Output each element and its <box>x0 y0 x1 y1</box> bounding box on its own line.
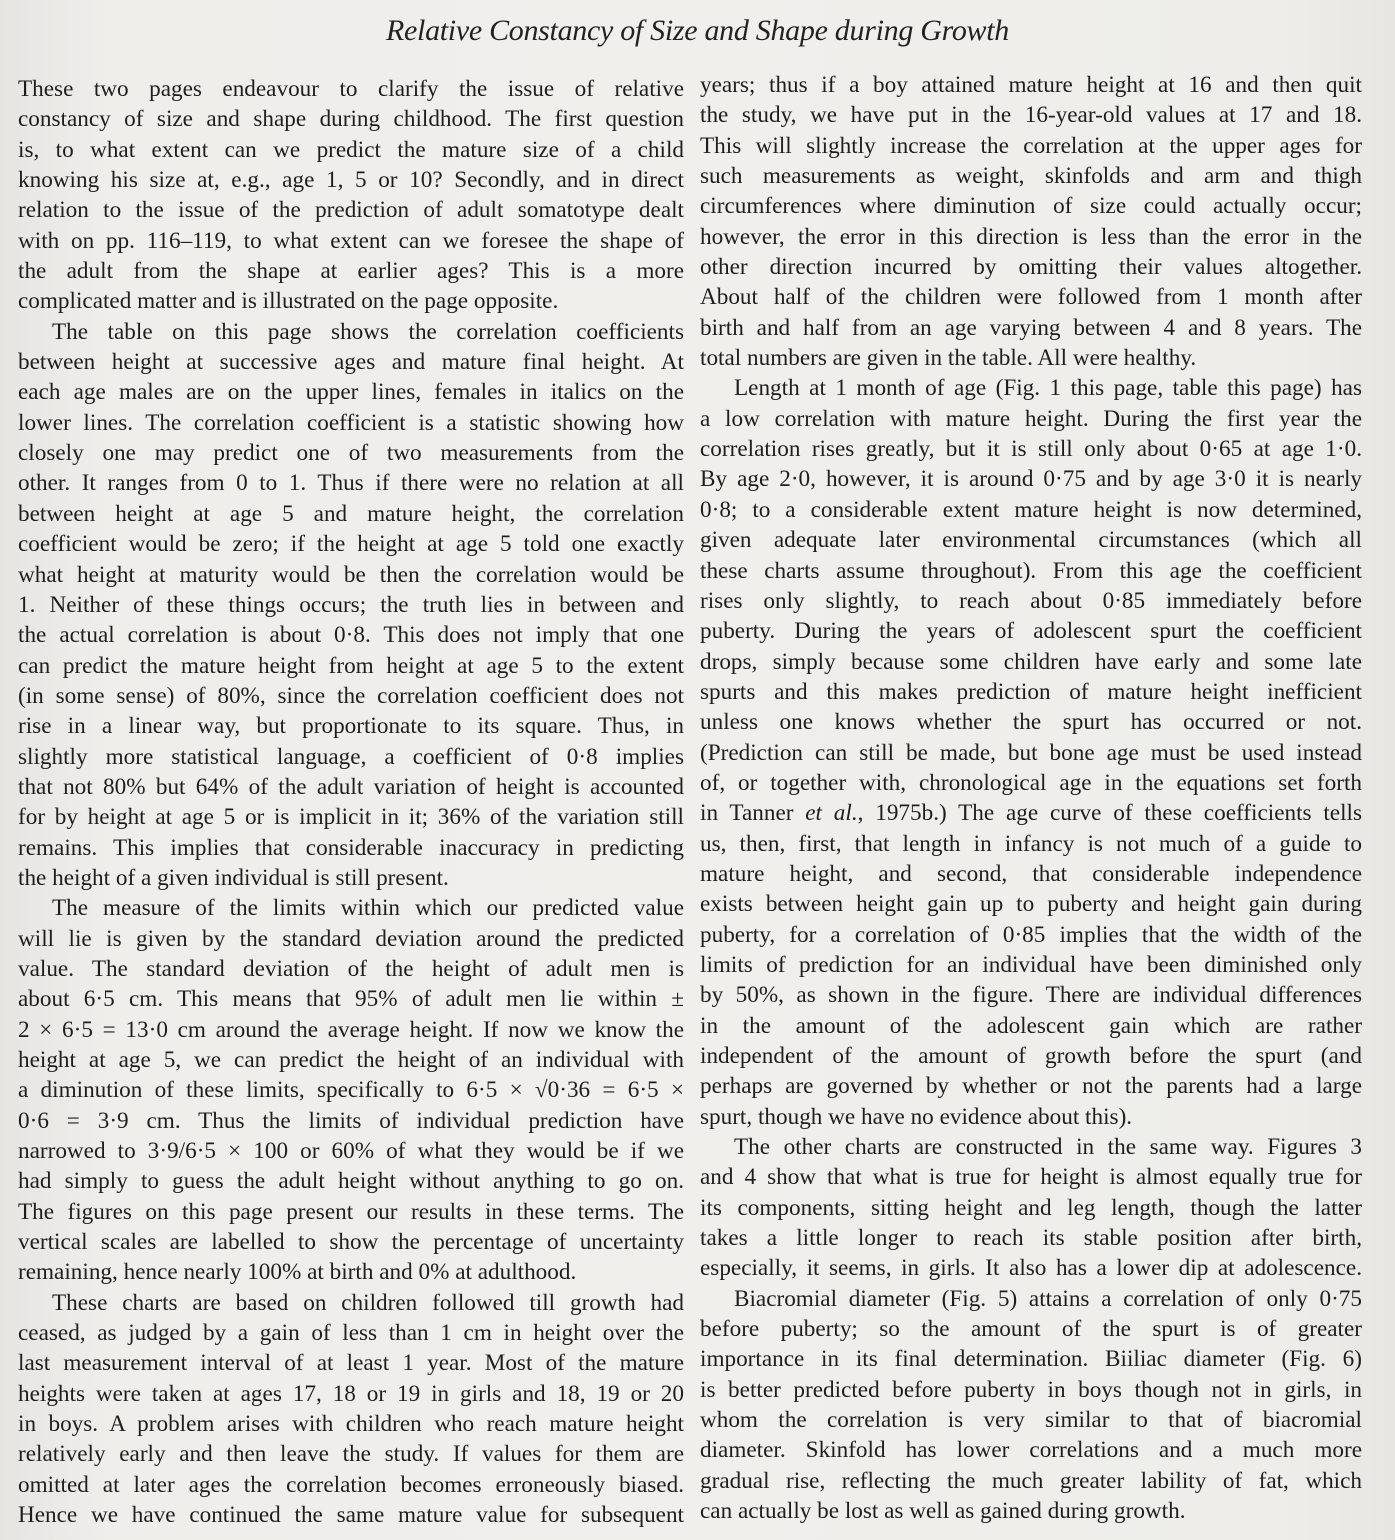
text-line: given adequate later environmental circu… <box>700 525 1362 555</box>
text-line: remains. This implies that considerable … <box>18 833 684 863</box>
text-line: drops, simply because some children have… <box>700 647 1362 677</box>
text-line: By age 2·0, however, it is around 0·75 a… <box>700 464 1362 494</box>
text-line: 2 × 6·5 = 13·0 cm around the average hei… <box>18 1015 684 1045</box>
text-line: last measurement interval of at least 1 … <box>18 1348 684 1378</box>
text-line: remaining, hence nearly 100% at birth an… <box>18 1257 684 1287</box>
text-line: limits of prediction for an individual h… <box>700 950 1362 980</box>
text-line: The figures on this page present our res… <box>18 1197 684 1227</box>
text-line: is, to what extent can we predict the ma… <box>18 135 684 165</box>
text-line: importance in its final determination. B… <box>700 1344 1362 1374</box>
text-line: Hence we have continued the same mature … <box>18 1500 684 1530</box>
text-line: The table on this page shows the correla… <box>18 317 684 347</box>
text-line: its components, sitting height and leg l… <box>700 1193 1362 1223</box>
text-line: About half of the children were followed… <box>700 282 1362 312</box>
text-line: can predict the mature height from heigh… <box>18 651 684 681</box>
text-line: can actually be lost as well as gained d… <box>700 1496 1362 1526</box>
text-line: will lie is given by the standard deviat… <box>18 924 684 954</box>
text-line: the actual correlation is about 0·8. Thi… <box>18 620 684 650</box>
italic-citation: et al. <box>805 800 857 826</box>
text-line: a low correlation with mature height. Du… <box>700 404 1362 434</box>
text-line: especially, it seems, in girls. It also … <box>700 1253 1362 1283</box>
text-line: puberty, for a correlation of 0·85 impli… <box>700 920 1362 950</box>
text-line: before puberty; so the amount of the spu… <box>700 1314 1362 1344</box>
text-line: coefficient would be zero; if the height… <box>18 529 684 559</box>
text-line: spurt, though we have no evidence about … <box>700 1102 1362 1132</box>
text-line: complicated matter and is illustrated on… <box>18 286 684 316</box>
text-line: (Prediction can still be made, but bone … <box>700 738 1362 768</box>
text-line: constancy of size and shape during child… <box>18 104 684 134</box>
text-line: for by height at age 5 or is implicit in… <box>18 802 684 832</box>
text-line: The other charts are constructed in the … <box>700 1132 1362 1162</box>
text-line: These two pages endeavour to clarify the… <box>18 74 684 104</box>
text-line: spurts and this makes prediction of matu… <box>700 677 1362 707</box>
text-line: Biacromial diameter (Fig. 5) attains a c… <box>700 1284 1362 1314</box>
text-line: had simply to guess the adult height wit… <box>18 1166 684 1196</box>
text-line: slightly more statistical language, a co… <box>18 742 684 772</box>
text-line: height at age 5, we can predict the heig… <box>18 1045 684 1075</box>
text-line: what height at maturity would be then th… <box>18 560 684 590</box>
text-line: such measurements as weight, skinfolds a… <box>700 161 1362 191</box>
text-line: (in some sense) of 80%, since the correl… <box>18 681 684 711</box>
text-line: a diminution of these limits, specifical… <box>18 1075 684 1105</box>
text-line: mature height, and second, that consider… <box>700 859 1362 889</box>
text-line: diameter. Skinfold has lower correlation… <box>700 1435 1362 1465</box>
text-line: 0·6 = 3·9 cm. Thus the limits of individ… <box>18 1106 684 1136</box>
text-line: independent of the amount of growth befo… <box>700 1041 1362 1071</box>
text-line: unless one knows whether the spurt has o… <box>700 707 1362 737</box>
text-line: between height at successive ages and ma… <box>18 347 684 377</box>
text-line: other direction incurred by omitting the… <box>700 252 1362 282</box>
text-line: omitted at later ages the correlation be… <box>18 1470 684 1500</box>
text-line: relation to the issue of the prediction … <box>18 195 684 225</box>
text-line: heights were taken at ages 17, 18 or 19 … <box>18 1379 684 1409</box>
text-line: in Tanner et al., 1975b.) The age curve … <box>700 798 1362 828</box>
text-line: that not 80% but 64% of the adult variat… <box>18 772 684 802</box>
text-line: These charts are based on children follo… <box>18 1288 684 1318</box>
text-line: about 6·5 cm. This means that 95% of adu… <box>18 984 684 1014</box>
text-line: the study, we have put in the 16-year-ol… <box>700 100 1362 130</box>
text-line: perhaps are governed by whether or not t… <box>700 1071 1362 1101</box>
text-line: of, or together with, chronological age … <box>700 768 1362 798</box>
text-line: however, the error in this direction is … <box>700 222 1362 252</box>
text-line: in boys. A problem arises with children … <box>18 1409 684 1439</box>
text-line: birth and half from an age varying betwe… <box>700 313 1362 343</box>
text-line: and 4 show that what is true for height … <box>700 1162 1362 1192</box>
text-line: whom the correlation is very similar to … <box>700 1405 1362 1435</box>
text-line: by 50%, as shown in the figure. There ar… <box>700 980 1362 1010</box>
text-line: closely one may predict one of two measu… <box>18 438 684 468</box>
text-line: circumferences where diminution of size … <box>700 191 1362 221</box>
text-line: Length at 1 month of age (Fig. 1 this pa… <box>700 373 1362 403</box>
text-line: gradual rise, reflecting the much greate… <box>700 1466 1362 1496</box>
text-line: relatively early and then leave the stud… <box>18 1439 684 1469</box>
right-text-column: years; thus if a boy attained mature hei… <box>700 70 1362 1527</box>
text-line: the adult from the shape at earlier ages… <box>18 256 684 286</box>
page-title: Relative Constancy of Size and Shape dur… <box>0 14 1395 48</box>
text-line: value. The standard deviation of the hei… <box>18 954 684 984</box>
text-line: total numbers are given in the table. Al… <box>700 343 1362 373</box>
text-line: is better predicted before puberty in bo… <box>700 1375 1362 1405</box>
text-line: correlation rises greatly, but it is sti… <box>700 434 1362 464</box>
text-line: takes a little longer to reach its stabl… <box>700 1223 1362 1253</box>
book-page: Relative Constancy of Size and Shape dur… <box>0 0 1395 1540</box>
text-line: in the amount of the adolescent gain whi… <box>700 1011 1362 1041</box>
text-line: vertical scales are labelled to show the… <box>18 1227 684 1257</box>
text-line: 1. Neither of these things occurs; the t… <box>18 590 684 620</box>
text-line: years; thus if a boy attained mature hei… <box>700 70 1362 100</box>
text-line: these charts assume throughout). From th… <box>700 556 1362 586</box>
text-line: puberty. During the years of adolescent … <box>700 616 1362 646</box>
text-line: rises only slightly, to reach about 0·85… <box>700 586 1362 616</box>
text-line: narrowed to 3·9/6·5 × 100 or 60% of what… <box>18 1136 684 1166</box>
text-line: the height of a given individual is stil… <box>18 863 684 893</box>
text-line: rise in a linear way, but proportionate … <box>18 711 684 741</box>
left-text-column: These two pages endeavour to clarify the… <box>18 74 684 1531</box>
text-line: 0·8; to a considerable extent mature hei… <box>700 495 1362 525</box>
text-line: each age males are on the upper lines, f… <box>18 377 684 407</box>
text-line: exists between height gain up to puberty… <box>700 889 1362 919</box>
text-line: The measure of the limits within which o… <box>18 893 684 923</box>
text-line: other. It ranges from 0 to 1. Thus if th… <box>18 468 684 498</box>
text-line: ceased, as judged by a gain of less than… <box>18 1318 684 1348</box>
text-line: with on pp. 116–119, to what extent can … <box>18 226 684 256</box>
text-line: between height at age 5 and mature heigh… <box>18 499 684 529</box>
text-line: This will slightly increase the correlat… <box>700 131 1362 161</box>
text-line: us, then, first, that length in infancy … <box>700 829 1362 859</box>
text-line: lower lines. The correlation coefficient… <box>18 408 684 438</box>
text-line: knowing his size at, e.g., age 1, 5 or 1… <box>18 165 684 195</box>
